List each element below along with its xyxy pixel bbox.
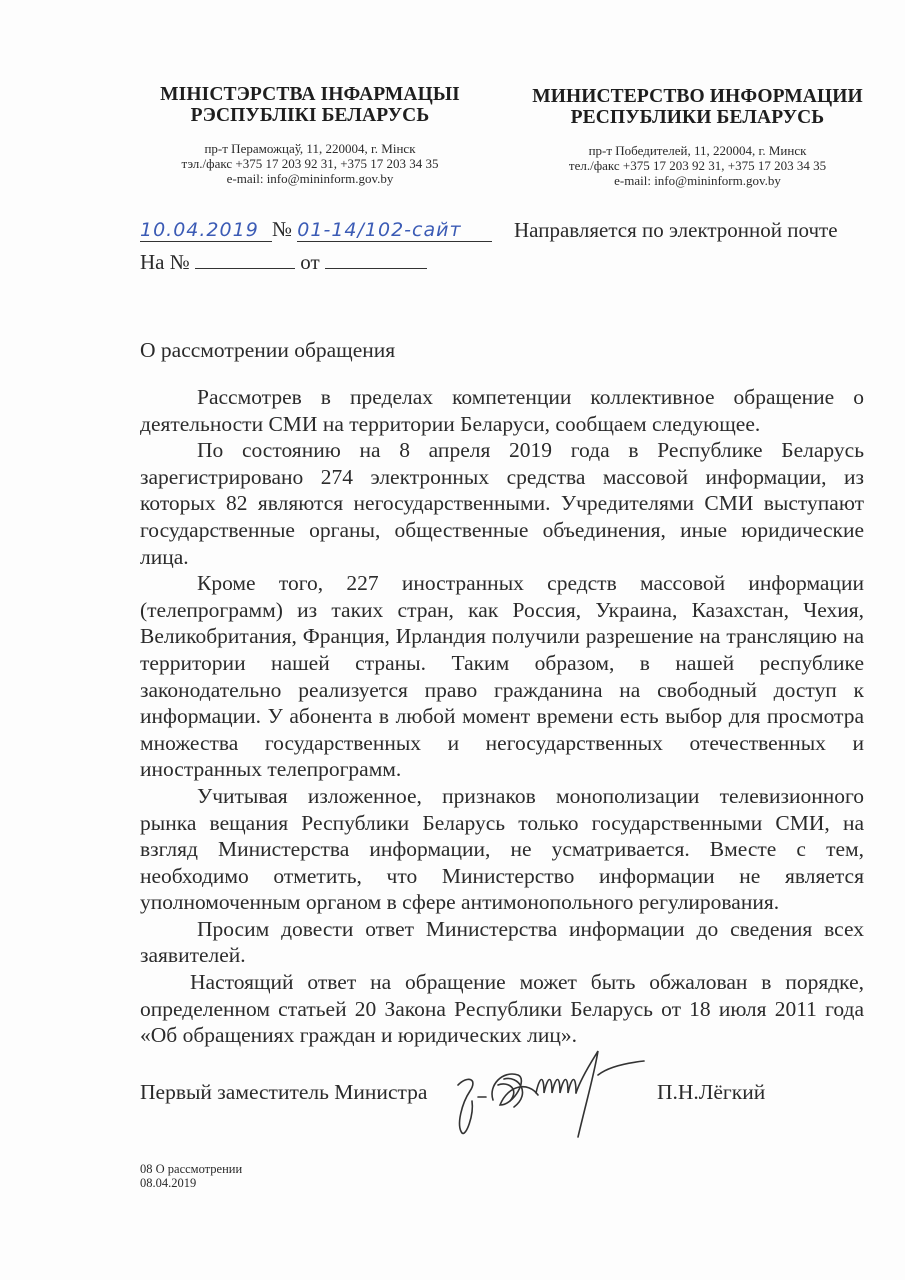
letter-subject: О рассмотрении обращения xyxy=(140,338,395,363)
file-ref: 08 О рассмотрении xyxy=(140,1162,242,1176)
phone: тэл./факс +375 17 203 92 31, +375 17 203… xyxy=(110,156,510,171)
signature-icon xyxy=(448,1045,648,1140)
ministry-contacts-ru: пр-т Победителей, 11, 220004, г. Минск т… xyxy=(500,143,895,188)
ministry-title-by-line2: РЭСПУБЛІКІ БЕЛАРУСЬ xyxy=(110,105,510,126)
number-sign: № xyxy=(272,217,292,241)
letterhead-russian: МИНИСТЕРСТВО ИНФОРМАЦИИ РЕСПУБЛИКИ БЕЛАР… xyxy=(500,86,895,188)
email: e-mail: info@mininform.gov.by xyxy=(110,171,510,186)
address: пр-т Победителей, 11, 220004, г. Минск xyxy=(500,143,895,158)
ministry-title-by-line1: МІНІСТЭРСТВА ІНФАРМАЦЫІ xyxy=(110,84,510,105)
signatory-name: П.Н.Лёгкий xyxy=(657,1080,765,1105)
reply-to-line: На № от xyxy=(140,248,427,273)
file-date: 08.04.2019 xyxy=(140,1176,242,1190)
delivery-note: Направляется по электронной почте xyxy=(514,219,838,241)
paragraph: Настоящий ответ на обращение может быть … xyxy=(140,969,864,1049)
paragraph: Кроме того, 227 иностранных средств масс… xyxy=(140,570,864,783)
file-reference: 08 О рассмотрении 08.04.2019 xyxy=(140,1162,242,1190)
registration-line: 10.04.2019№ 01-14/102-сайт xyxy=(140,218,492,242)
ministry-contacts-by: пр-т Пераможцаў, 11, 220004, г. Мінск тэ… xyxy=(110,141,510,186)
outgoing-number: 01-14/102-сайт xyxy=(297,219,492,242)
paragraph: Просим довести ответ Министерства информ… xyxy=(140,916,864,969)
phone: тел./факс +375 17 203 92 31, +375 17 203… xyxy=(500,158,895,173)
paragraph: По состоянию на 8 апреля 2019 года в Рес… xyxy=(140,437,864,570)
signatory-position: Первый заместитель Министра xyxy=(140,1080,427,1105)
ministry-title-ru-line1: МИНИСТЕРСТВО ИНФОРМАЦИИ xyxy=(500,86,895,107)
from-label: от xyxy=(300,250,319,274)
paragraph: Учитывая изложенное, признаков монополиз… xyxy=(140,783,864,916)
address: пр-т Пераможцаў, 11, 220004, г. Мінск xyxy=(110,141,510,156)
ministry-title-ru-line2: РЕСПУБЛИКИ БЕЛАРУСЬ xyxy=(500,107,895,128)
letter-body: Рассмотрев в пределах компетенции коллек… xyxy=(140,384,864,1049)
outgoing-date: 10.04.2019 xyxy=(140,219,272,242)
reply-to-date xyxy=(325,248,427,269)
reply-to-number xyxy=(195,248,295,269)
letterhead-belarusian: МІНІСТЭРСТВА ІНФАРМАЦЫІ РЭСПУБЛІКІ БЕЛАР… xyxy=(110,84,510,186)
reply-to-label: На № xyxy=(140,250,190,274)
paragraph: Рассмотрев в пределах компетенции коллек… xyxy=(140,384,864,437)
email: e-mail: info@mininform.gov.by xyxy=(500,173,895,188)
